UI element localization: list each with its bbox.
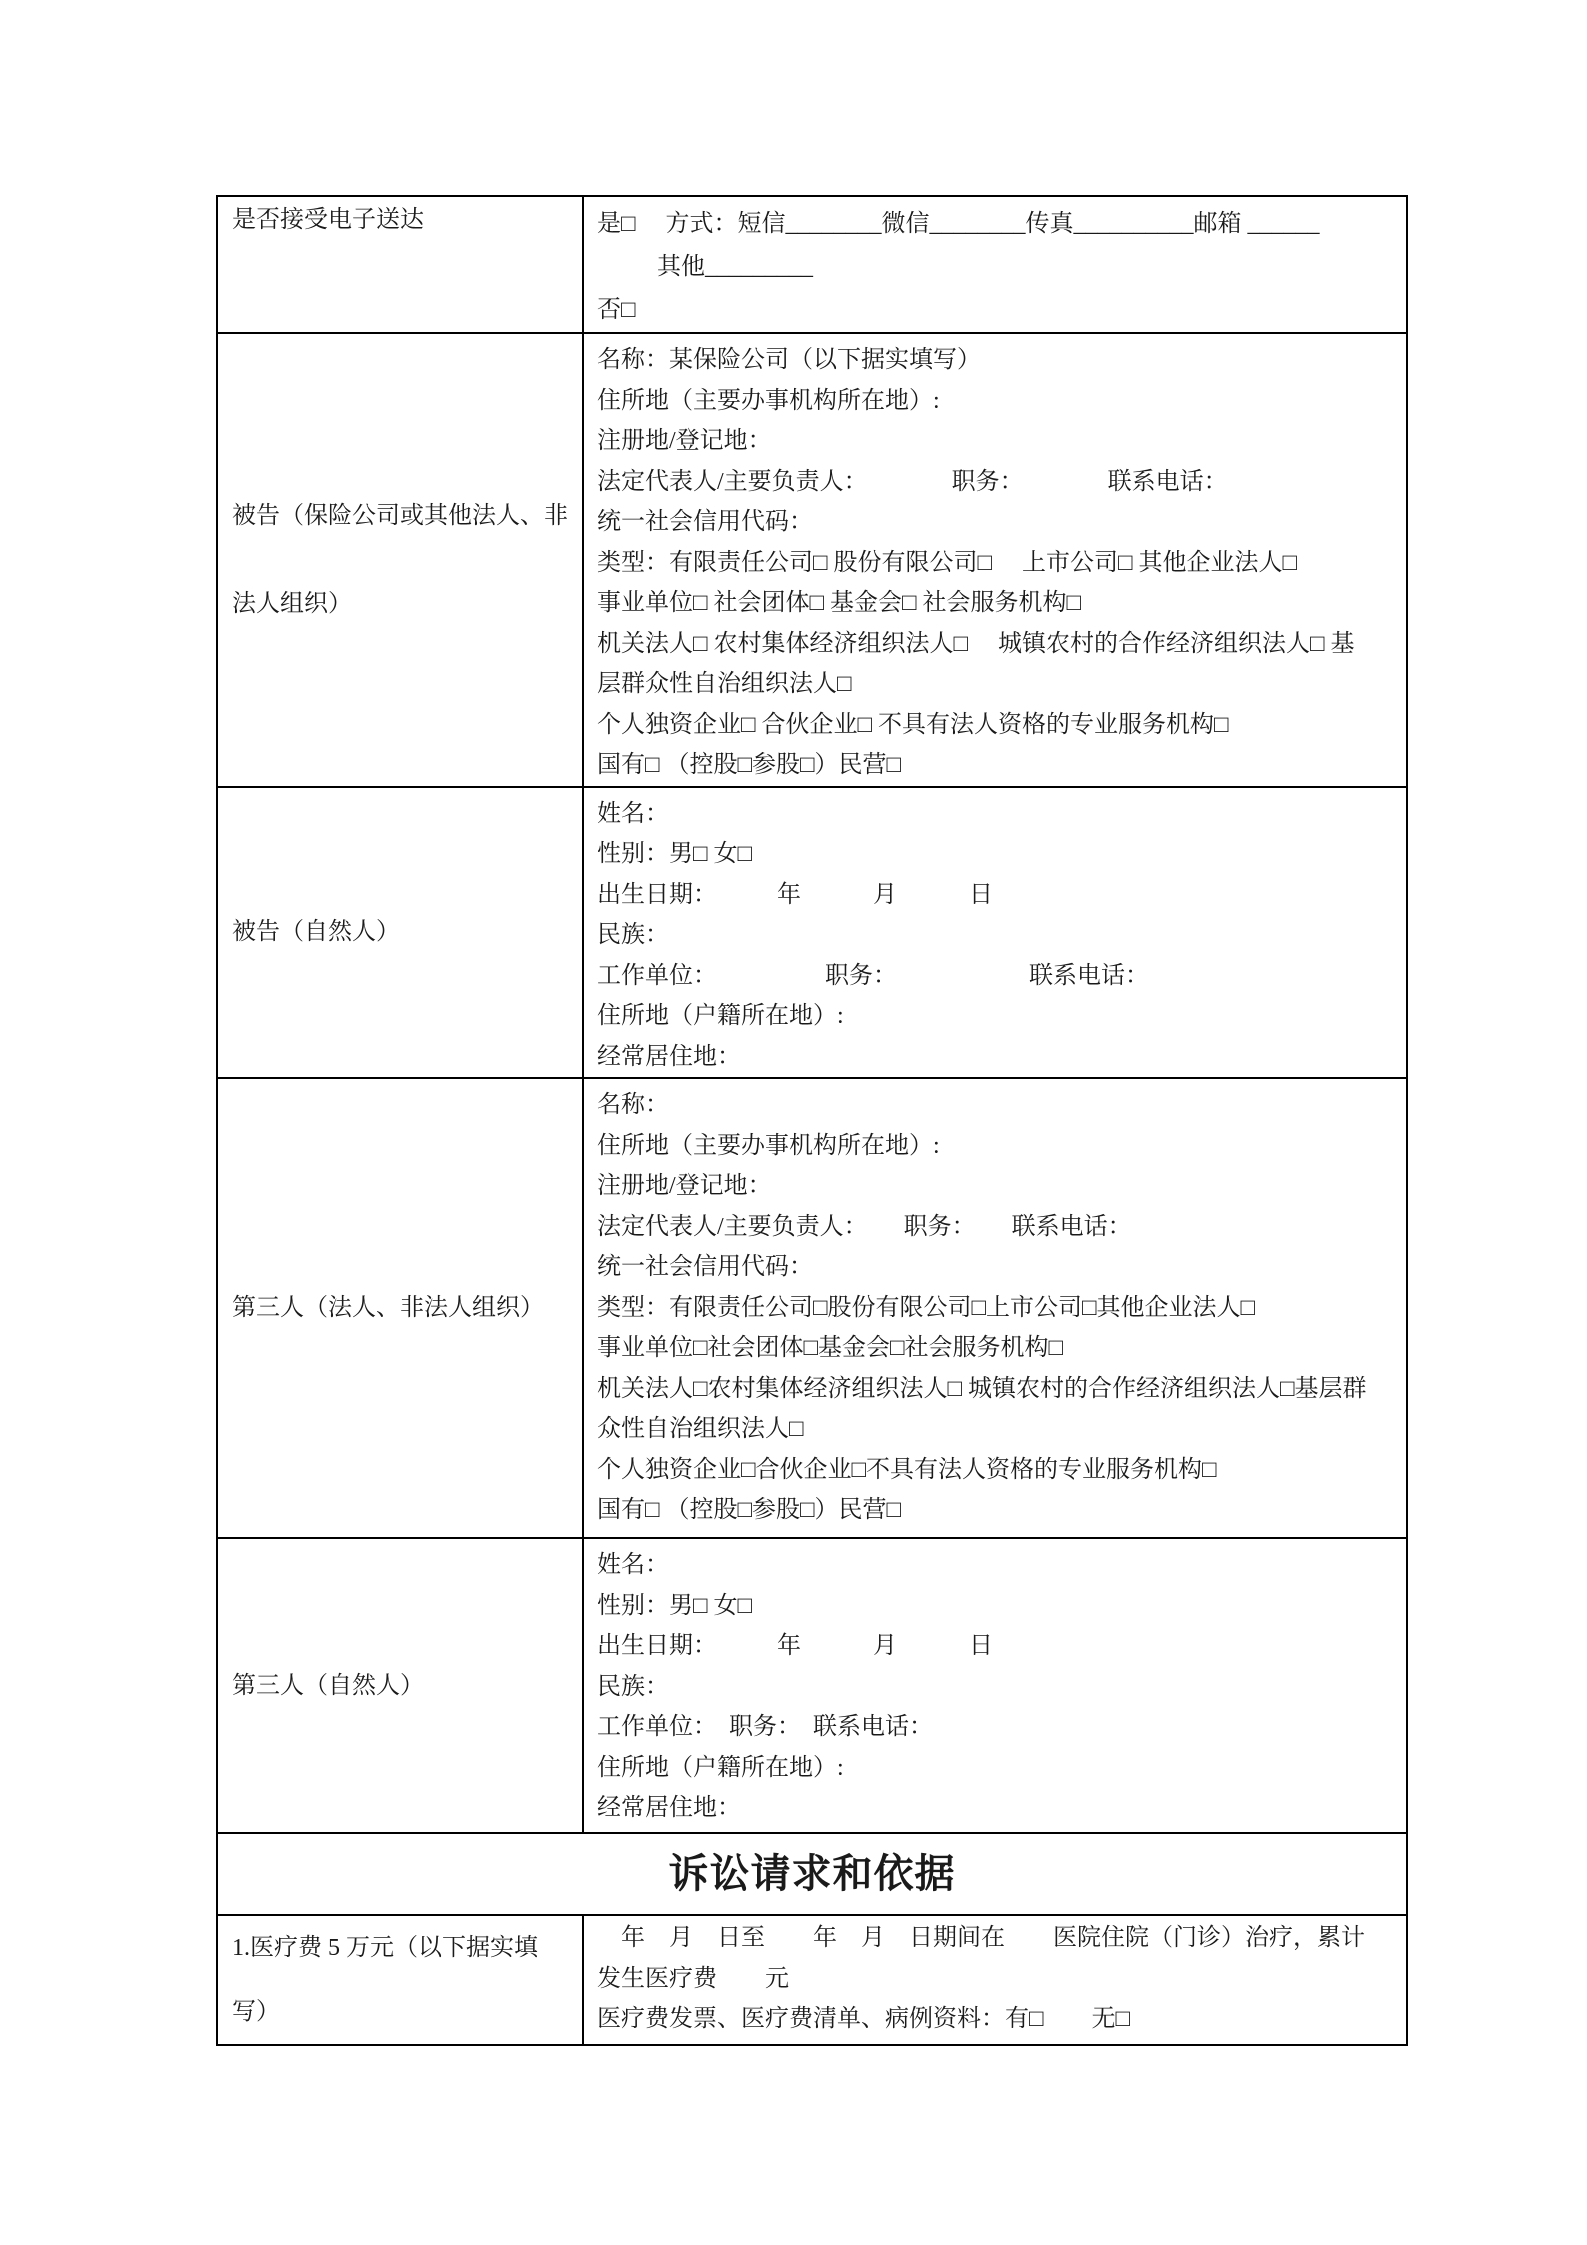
defendant-person-content-cell: 姓名：性别：男□ 女□出生日期： 年 月 日民族：工作单位： 职务： 联系电话：… [583,787,1407,1079]
form-line: 出生日期： 年 月 日 [597,1626,1400,1667]
third-party-person-content-cell: 姓名：性别：男□ 女□出生日期： 年 月 日民族：工作单位： 职务： 联系电话：… [583,1538,1407,1833]
form-line: 年 月 日至 年 月 日期间在 医院住院（门诊）治疗，累计 [597,1918,1400,1959]
form-line: 住所地（户籍所在地）: [597,1748,1400,1789]
form-line: 类型：有限责任公司□ 股份有限公司□ 上市公司□ 其他企业法人□ [597,543,1400,584]
form-line: 层群众性自治组织法人□ [597,664,1400,705]
section-header-cell: 诉讼请求和依据 [217,1833,1407,1915]
form-line: 住所地（主要办事机构所在地）: [597,381,1400,422]
defendant-company-label-cell: 被告（保险公司或其他法人、非法人组织） [217,333,583,787]
form-line: 出生日期： 年 月 日 [597,875,1400,916]
document-page: 是否接受电子送达 是□ 方式：短信________微信________传真___… [0,0,1587,2245]
form-line: 法定代表人/主要负责人： 职务： 联系电话： [597,462,1400,503]
form-line: 国有□ （控股□参股□）民营□ [597,745,1400,786]
row-defendant-company: 被告（保险公司或其他法人、非法人组织） 名称：某保险公司（以下据实填写）住所地（… [217,333,1407,787]
form-line: 是□ 方式：短信________微信________传真__________邮箱… [597,203,1400,246]
form-line: 姓名： [597,794,1400,835]
row-defendant-person: 被告（自然人） 姓名：性别：男□ 女□出生日期： 年 月 日民族：工作单位： 职… [217,787,1407,1079]
label-line: 法人组织） [232,560,572,648]
defendant-company-content-cell: 名称：某保险公司（以下据实填写）住所地（主要办事机构所在地）:注册地/登记地：法… [583,333,1407,787]
third-party-person-label-cell: 第三人（自然人） [217,1538,583,1833]
electronic-service-content-cell: 是□ 方式：短信________微信________传真__________邮箱… [583,196,1407,333]
form-line: 类型：有限责任公司□股份有限公司□上市公司□其他企业法人□ [597,1288,1400,1329]
form-line: 经常居住地： [597,1788,1400,1829]
complaint-form-table: 是否接受电子送达 是□ 方式：短信________微信________传真___… [216,195,1408,2046]
form-line: 名称：某保险公司（以下据实填写） [597,340,1400,381]
form-line: 住所地（主要办事机构所在地）: [597,1126,1400,1167]
form-line: 个人独资企业□ 合伙企业□ 不具有法人资格的专业服务机构□ [597,705,1400,746]
row-section-header: 诉讼请求和依据 [217,1833,1407,1915]
form-line: 性别：男□ 女□ [597,1586,1400,1627]
form-line: 其他_________ [597,246,1400,289]
form-line: 机关法人□农村集体经济组织法人□ 城镇农村的合作经济组织法人□基层群 [597,1369,1400,1410]
form-line: 统一社会信用代码： [597,502,1400,543]
label-line: 第三人（自然人） [232,1642,572,1730]
form-line: 否□ [597,289,1400,332]
label-line: 1.医疗费 5 万元（以下据实填 [232,1916,572,1980]
form-line: 名称： [597,1085,1400,1126]
section-title: 诉讼请求和依据 [218,1834,1406,1914]
third-party-org-label-cell: 第三人（法人、非法人组织） [217,1078,583,1538]
label-line: 写） [232,1980,572,2044]
form-line: 工作单位： 职务： 联系电话： [597,956,1400,997]
label-line: 第三人（法人、非法人组织） [232,1264,572,1352]
row-third-party-person: 第三人（自然人） 姓名：性别：男□ 女□出生日期： 年 月 日民族：工作单位： … [217,1538,1407,1833]
third-party-org-content-cell: 名称：住所地（主要办事机构所在地）:注册地/登记地：法定代表人/主要负责人： 职… [583,1078,1407,1538]
form-line: 工作单位： 职务： 联系电话： [597,1707,1400,1748]
form-line: 法定代表人/主要负责人： 职务： 联系电话： [597,1207,1400,1248]
electronic-service-label-cell: 是否接受电子送达 [217,196,583,333]
row-electronic-service: 是否接受电子送达 是□ 方式：短信________微信________传真___… [217,196,1407,333]
form-line: 姓名： [597,1545,1400,1586]
form-line: 统一社会信用代码： [597,1247,1400,1288]
form-line: 注册地/登记地： [597,1166,1400,1207]
form-line: 住所地（户籍所在地）: [597,996,1400,1037]
label-line: 被告（保险公司或其他法人、非 [232,472,572,560]
form-line: 性别：男□ 女□ [597,834,1400,875]
form-line: 机关法人□ 农村集体经济组织法人□ 城镇农村的合作经济组织法人□ 基 [597,624,1400,665]
label-line: 是否接受电子送达 [232,199,572,242]
row-third-party-org: 第三人（法人、非法人组织） 名称：住所地（主要办事机构所在地）:注册地/登记地：… [217,1078,1407,1538]
form-line: 民族： [597,915,1400,956]
claim-medical-fee-label-cell: 1.医疗费 5 万元（以下据实填写） [217,1915,583,2045]
form-line: 众性自治组织法人□ [597,1409,1400,1450]
form-line: 经常居住地： [597,1037,1400,1078]
form-line: 个人独资企业□合伙企业□不具有法人资格的专业服务机构□ [597,1450,1400,1491]
form-line: 事业单位□ 社会团体□ 基金会□ 社会服务机构□ [597,583,1400,624]
defendant-person-label-cell: 被告（自然人） [217,787,583,1079]
form-line: 发生医疗费 元 [597,1959,1400,2000]
form-line: 事业单位□社会团体□基金会□社会服务机构□ [597,1328,1400,1369]
form-line: 医疗费发票、医疗费清单、病例资料：有□ 无□ [597,1999,1400,2040]
claim-medical-fee-content-cell: 年 月 日至 年 月 日期间在 医院住院（门诊）治疗，累计发生医疗费 元医疗费发… [583,1915,1407,2045]
form-line: 注册地/登记地： [597,421,1400,462]
row-claim-medical-fee: 1.医疗费 5 万元（以下据实填写） 年 月 日至 年 月 日期间在 医院住院（… [217,1915,1407,2045]
form-line: 民族： [597,1667,1400,1708]
label-line: 被告（自然人） [232,888,572,976]
form-line: 国有□ （控股□参股□）民营□ [597,1490,1400,1531]
